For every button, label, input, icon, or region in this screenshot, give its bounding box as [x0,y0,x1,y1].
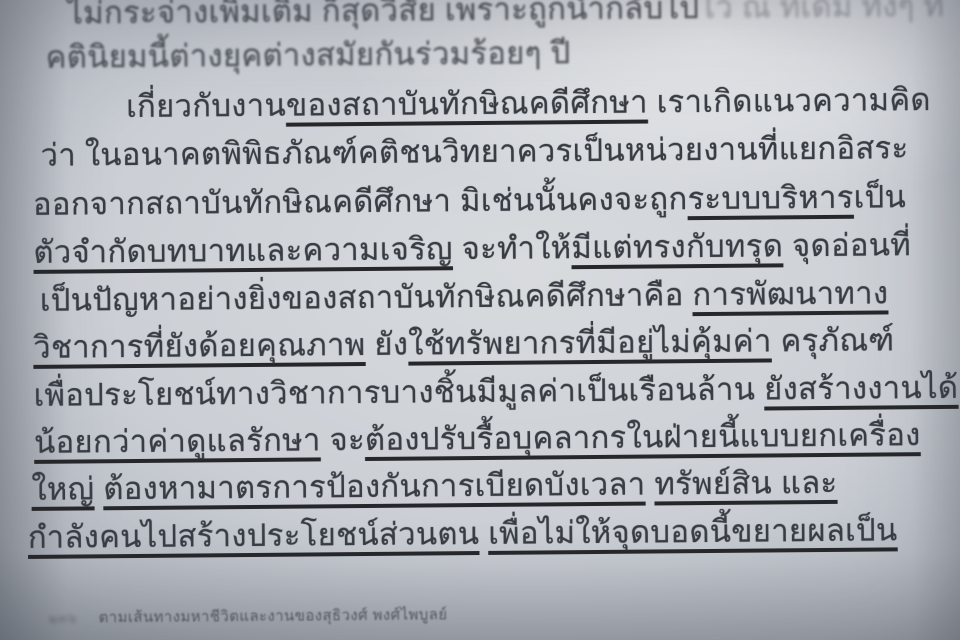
line-segment: ออกจากสถาบันทักษิณคดีศึกษา มิเช่นนั้นคงจ… [33,181,688,222]
text-line: น้อยกว่าค่าดูแลรักษา จะต้องปรับรื้อบุคลา… [34,415,921,463]
line-segment [645,466,654,501]
line-segment: จะทำให้ [453,230,572,266]
text-line: เพื่อประโยชน์ทางวิชาการบางชิ้นมีมูลค่าเป… [33,368,958,416]
underlined-text: ทรัพย์สิน และ [654,465,837,502]
underlined-text: น้อยกว่าค่าดูแลรักษา [34,422,321,459]
text-line: วิชาการที่ยังด้อยคุณภาพ ยังใช้ทรัพยากรที… [33,320,894,368]
line-segment: เกี่ยวกับงาน [126,88,286,124]
line-segment: เป็น [854,179,907,214]
underlined-text: ระบบบริหาร [687,180,853,216]
text-line: ตัวจำกัดบทบาทและความเจริญ จะทำให้มีแต่ทร… [33,225,911,273]
text-line: กำลังคนไปสร้างประโยชน์ส่วนตน เพื่อไม่ให้… [28,510,898,558]
line-segment: ยัง [365,327,408,362]
underlined-text: ยังสร้างงานได้ [764,370,958,407]
text-line: เกี่ยวกับงานของสถาบันทักษิณคดีศึกษา เราเ… [126,80,931,127]
underlined-text: ตัวจำกัดบทบาทและความเจริญ [33,231,453,270]
line-segment: ครุภัณฑ์ [771,322,894,358]
line-segment-faded: ไว้ ณ ที่เดิม ทั้งๆ ที่ [699,0,944,25]
page-text-block: ไม่กระจ่างเพิ่มเติม ก็สุดวิสัย เพราะถูกน… [0,0,960,640]
line-segment: ไม่กระจ่างเพิ่มเติม ก็สุดวิสัย เพราะถูกน… [67,0,699,31]
text-line: คตินิยมนี้ต่างยุคต่างสมัยกันร่วมร้อยๆ ปี [46,33,571,78]
book-page-photo: ไม่กระจ่างเพิ่มเติม ก็สุดวิสัย เพราะถูกน… [0,0,960,640]
underlined-text: ต้องหามาตรการป้องกันการเบียดบังเวลา [103,467,645,507]
underlined-text: ใช้ทรัพยากรที่มีอยู่ไม่คุ้มค่า [408,323,772,361]
line-segment: จุดอ่อนที่ [783,227,911,263]
text-line: ไม่กระจ่างเพิ่มเติม ก็สุดวิสัย เพราะถูกน… [67,0,944,34]
line-segment: เป็นปัญหาอย่างยิ่งของสถาบันทักษิณคดีศึกษ… [40,277,693,318]
underlined-text: ของสถาบันทักษิณคดีศึกษา [286,85,648,123]
footer-page-number: ๒๓๖ [48,608,77,629]
underlined-text: ต้องปรับรื้อบุคลากรในฝ่ายนี้แบบยกเครื่อง [365,417,921,457]
footer-running-title: ตามเส้นทางมหาชีวิตและงานของสุธิวงศ์ พงศ์… [98,602,447,629]
text-line: ใหญ่ ต้องหามาตรการป้องกันการเบียดบังเวลา… [31,463,837,510]
line-segment: เพื่อประโยชน์ทางวิชาการบางชิ้นมีมูลค่าเป… [33,372,764,413]
underlined-text: กำลังคนไปสร้างประโยชน์ส่วนตน [28,516,480,555]
underlined-text: การพัฒนาทาง [692,275,888,312]
line-segment: คตินิยมนี้ต่างยุคต่างสมัยกันร่วมร้อยๆ ปี [46,35,571,75]
underlined-text: มีแต่ทรงกับทรุด [571,228,783,265]
text-line: เป็นปัญหาอย่างยิ่งของสถาบันทักษิณคดีศึกษ… [40,273,889,320]
line-segment: ว่า ในอนาคตพิพิธภัณฑ์คติชนวิทยาควรเป็นหน… [40,130,908,173]
underlined-text: ใหญ่ [31,471,94,507]
underlined-text: วิชาการที่ยังด้อยคุณภาพ [33,327,366,365]
underlined-text: เพื่อไม่ให้จุดบอดนี้ขยายผลเป็น [488,512,898,551]
line-segment: จะ [320,422,365,457]
line-segment [94,471,103,506]
text-line: ว่า ในอนาคตพิพิธภัณฑ์คติชนวิทยาควรเป็นหน… [40,128,908,176]
line-segment: เราเกิดแนวความคิด [648,82,931,119]
text-line: ออกจากสถาบันทักษิณคดีศึกษา มิเช่นนั้นคงจ… [33,177,906,225]
